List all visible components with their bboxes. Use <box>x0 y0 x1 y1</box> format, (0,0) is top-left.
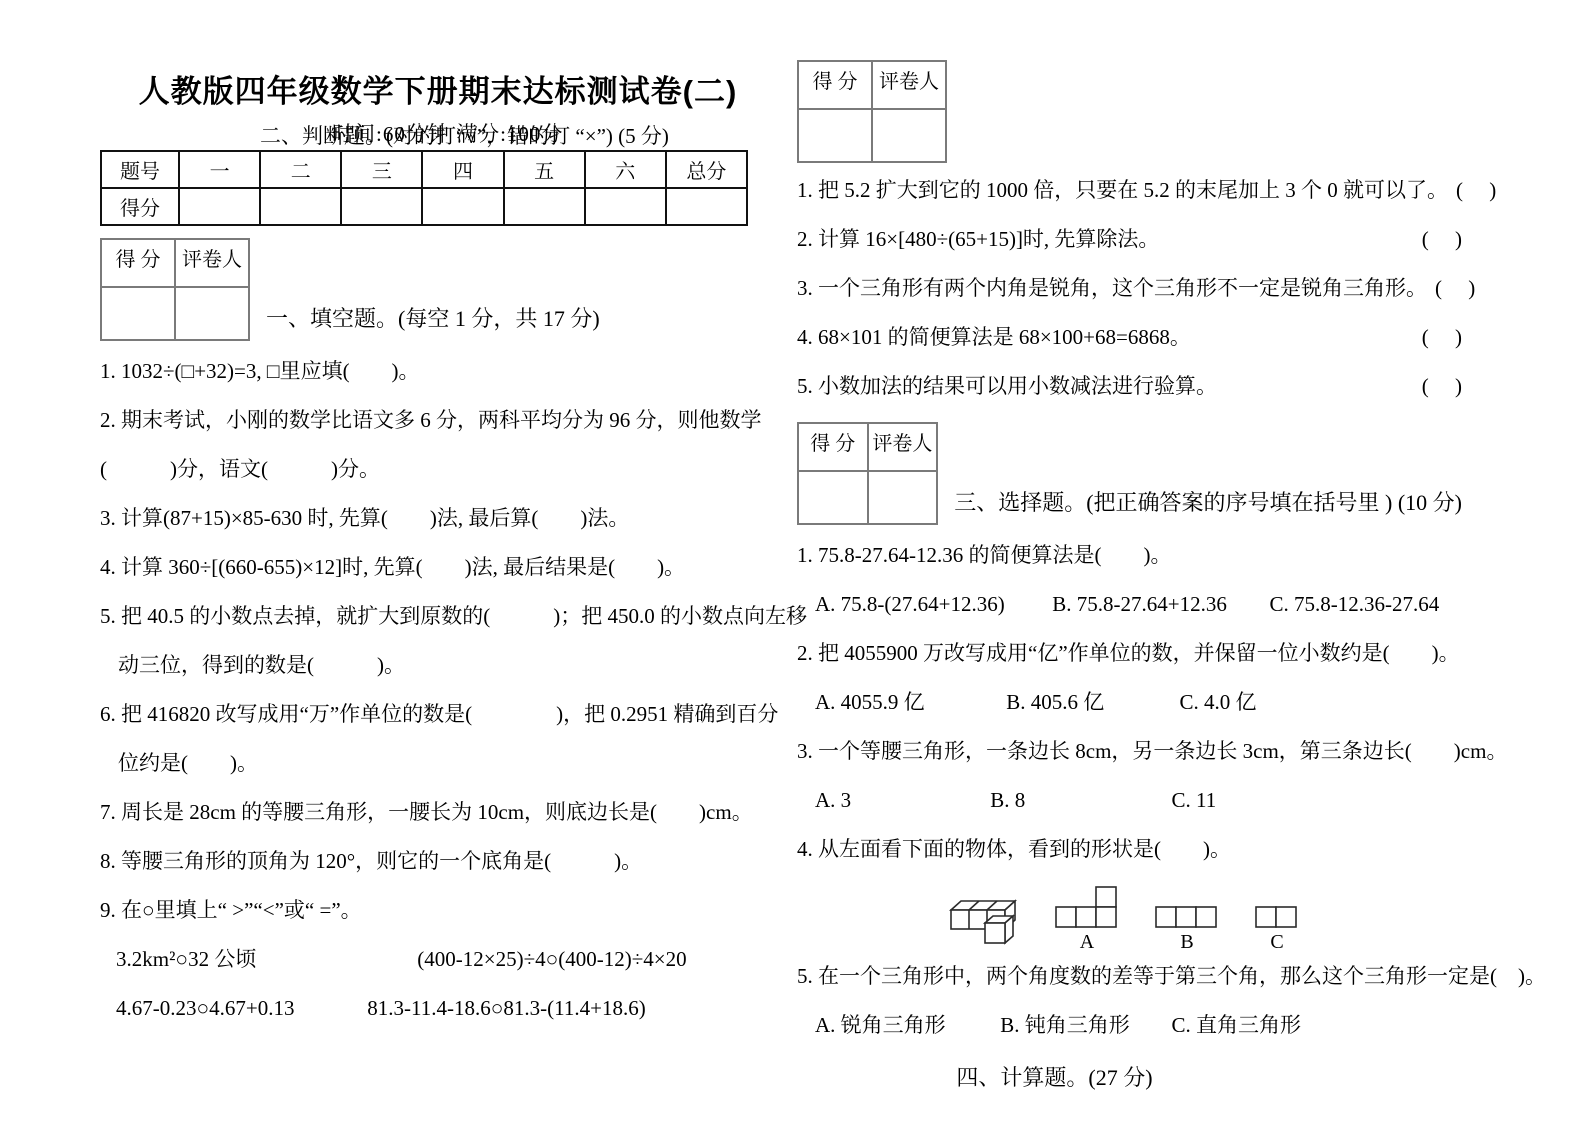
shape-b-icon <box>1155 905 1219 929</box>
score-grader-box: 得 分 评卷人 <box>797 60 947 163</box>
left-column: 人教版四年级数学下册期末达标测试卷(二) 二、判断题。(对的打“√”，错的打 “… <box>100 70 776 1044</box>
subtitle-overlap-line: 二、判断题。(对的打“√”，错的打 “×”) (5 分) 时间:60分钟 满分:… <box>100 116 776 148</box>
compare-expression: 3.2km²○32 公顷 <box>116 946 412 973</box>
score-summary-col: 一 <box>179 151 260 188</box>
fill-question-6-line1: 6. 把 416820 改写成用“万”作单位的数是( )，把 0.2951 精确… <box>100 701 776 728</box>
paper-title: 人教版四年级数学下册期末达标测试卷(二) <box>100 70 776 114</box>
choice-question-5-stem: 5. 在一个三角形中，两个角度数的差等于第三个角，那么这个三角形一定是( )。 <box>797 963 1462 990</box>
grader-box-blank <box>175 287 249 340</box>
fill-question-1: 1. 1032÷(□+32)=3, □里应填( )。 <box>100 358 776 385</box>
answer-bracket: ( ) <box>1456 177 1496 204</box>
grader-box-blank <box>868 471 938 524</box>
score-cell-empty <box>341 188 422 225</box>
score-cell-empty <box>260 188 341 225</box>
score-grader-box: 得 分 评卷人 <box>797 422 938 525</box>
score-cell-empty <box>422 188 503 225</box>
option-c: C. 75.8-12.36-27.64 <box>1270 591 1440 618</box>
option-c: C. 4.0 亿 <box>1180 689 1257 716</box>
judge-item-1: 1. 把 5.2 扩大到它的 1000 倍，只要在 5.2 的末尾加上 3 个 … <box>797 177 1462 204</box>
figure-label-a: A <box>1080 931 1094 953</box>
score-box-label: 得 分 <box>798 423 868 471</box>
score-box-blank <box>101 287 175 340</box>
choice-question-1-options: A. 75.8-(27.64+12.36) B. 75.8-27.64+12.3… <box>797 591 1462 618</box>
fill-question-6-line2: 位约是( )。 <box>100 750 776 777</box>
right-column: 得 分 评卷人 1. 把 5.2 扩大到它的 1000 倍，只要在 5.2 的末… <box>797 60 1462 1092</box>
fill-question-9: 9. 在○里填上“ >”“<”或“ =”。 <box>100 897 776 924</box>
compare-row-2: 4.67-0.23○4.67+0.13 81.3-11.4-18.6○81.3-… <box>100 995 776 1022</box>
cube-stack-icon <box>949 897 1019 947</box>
shape-c-icon <box>1255 905 1299 929</box>
score-summary-col: 总分 <box>666 151 747 188</box>
answer-bracket: ( ) <box>1435 275 1475 302</box>
option-a: A. 3 <box>815 787 985 814</box>
option-a: A. 4055.9 亿 <box>815 689 1001 716</box>
calc-section-heading: 四、计算题。(27 分) <box>797 1061 1462 1092</box>
score-cell-empty <box>585 188 666 225</box>
score-summary-col: 五 <box>504 151 585 188</box>
judge-item-text: 2. 计算 16×[480÷(65+15)]时, 先算除法。 <box>797 226 1159 253</box>
fill-question-2-line1: 2. 期末考试，小刚的数学比语文多 6 分，两科平均分为 96 分，则他数学 <box>100 407 776 434</box>
choice-question-4-stem: 4. 从左面看下面的物体，看到的形状是( )。 <box>797 836 1462 863</box>
fill-section-heading: 一、填空题。(每空 1 分，共 17 分) <box>266 302 600 333</box>
view-option-b-figure: B <box>1155 905 1219 953</box>
answer-bracket: ( ) <box>1422 226 1462 253</box>
judge-item-text: 4. 68×101 的简便算法是 68×100+68=6868。 <box>797 324 1191 351</box>
choice-question-3-options: A. 3 B. 8 C. 11 <box>797 787 1462 814</box>
judge-item-3: 3. 一个三角形有两个内角是锐角，这个三角形不一定是锐角三角形。 ( ) <box>797 275 1462 302</box>
fill-question-7: 7. 周长是 28cm 的等腰三角形，一腰长为 10cm，则底边长是( )cm。 <box>100 799 776 826</box>
choice-section-header-row: 得 分 评卷人 三、选择题。(把正确答案的序号填在括号里 ) (10 分) <box>797 422 1462 525</box>
score-summary-score-row: 得分 <box>101 188 747 225</box>
option-b: B. 405.6 亿 <box>1006 689 1174 716</box>
grader-box-label: 评卷人 <box>868 423 938 471</box>
fill-question-5-line2: 动三位，得到的数是( )。 <box>100 652 776 679</box>
score-grader-box: 得 分 评卷人 <box>100 238 250 341</box>
score-cell-empty <box>179 188 260 225</box>
score-box-blank <box>798 471 868 524</box>
score-cell-empty <box>504 188 585 225</box>
score-box-label: 得 分 <box>798 61 872 109</box>
fill-question-2-line2: ( )分，语文( )分。 <box>100 456 776 483</box>
judge-item-4: 4. 68×101 的简便算法是 68×100+68=6868。 ( ) <box>797 324 1462 351</box>
compare-expression: 4.67-0.23○4.67+0.13 <box>116 995 362 1022</box>
option-a: A. 75.8-(27.64+12.36) <box>815 591 1047 618</box>
fill-question-8: 8. 等腰三角形的顶角为 120°，则它的一个底角是( )。 <box>100 848 776 875</box>
compare-row-1: 3.2km²○32 公顷 (400-12×25)÷4○(400-12)÷4×20 <box>100 946 776 973</box>
choice-question-2-options: A. 4055.9 亿 B. 405.6 亿 C. 4.0 亿 <box>797 689 1462 716</box>
score-summary-col: 二 <box>260 151 341 188</box>
view-option-a-figure: A <box>1055 885 1119 953</box>
judge-item-5: 5. 小数加法的结果可以用小数减法进行验算。 ( ) <box>797 373 1462 400</box>
figure-label-c: C <box>1270 931 1283 953</box>
option-a: A. 锐角三角形 <box>815 1012 995 1039</box>
grader-box-label: 评卷人 <box>872 61 946 109</box>
choice-section-heading: 三、选择题。(把正确答案的序号填在括号里 ) (10 分) <box>954 486 1462 517</box>
score-summary-header-label: 题号 <box>101 151 179 188</box>
judge-item-text: 5. 小数加法的结果可以用小数减法进行验算。 <box>797 373 1217 400</box>
option-c: C. 直角三角形 <box>1172 1012 1302 1039</box>
test-paper-page: 人教版四年级数学下册期末达标测试卷(二) 二、判断题。(对的打“√”，错的打 “… <box>0 0 1587 1121</box>
figure-label-b: B <box>1180 931 1193 953</box>
option-b: B. 钝角三角形 <box>1000 1012 1166 1039</box>
shape-a-icon <box>1055 885 1119 929</box>
option-b: B. 75.8-27.64+12.36 <box>1052 591 1264 618</box>
answer-bracket: ( ) <box>1422 324 1462 351</box>
compare-expression: (400-12×25)÷4○(400-12)÷4×20 <box>417 946 686 973</box>
time-score-text: 时间:60分钟 满分:100分 <box>332 118 563 148</box>
choice-question-4-figures: A B C <box>949 885 1462 953</box>
score-summary-col: 三 <box>341 151 422 188</box>
fill-section-header-row: 得 分 评卷人 一、填空题。(每空 1 分，共 17 分) <box>100 238 776 341</box>
option-c: C. 11 <box>1172 787 1217 814</box>
judge-item-text: 1. 把 5.2 扩大到它的 1000 倍，只要在 5.2 的末尾加上 3 个 … <box>797 177 1448 204</box>
score-box-label: 得 分 <box>101 239 175 287</box>
score-summary-col: 六 <box>585 151 666 188</box>
score-summary-header-row: 题号 一 二 三 四 五 六 总分 <box>101 151 747 188</box>
choice-question-1-stem: 1. 75.8-27.64-12.36 的简便算法是( )。 <box>797 542 1462 569</box>
choice-question-3-stem: 3. 一个等腰三角形，一条边长 8cm，另一条边长 3cm，第三条边长( )cm… <box>797 738 1462 765</box>
score-summary-table: 题号 一 二 三 四 五 六 总分 得分 <box>100 150 748 226</box>
choice-question-5-options: A. 锐角三角形 B. 钝角三角形 C. 直角三角形 <box>797 1012 1462 1039</box>
option-b: B. 8 <box>990 787 1166 814</box>
compare-expression: 81.3-11.4-18.6○81.3-(11.4+18.6) <box>367 995 645 1022</box>
judge-item-text: 3. 一个三角形有两个内角是锐角，这个三角形不一定是锐角三角形。 <box>797 275 1427 302</box>
score-cell-empty <box>666 188 747 225</box>
score-summary-row-label: 得分 <box>101 188 179 225</box>
fill-question-3: 3. 计算(87+15)×85-630 时, 先算( )法, 最后算( )法。 <box>100 505 776 532</box>
fill-question-4: 4. 计算 360÷[(660-655)×12]时, 先算( )法, 最后结果是… <box>100 554 776 581</box>
view-option-c-figure: C <box>1255 905 1299 953</box>
judge-item-2: 2. 计算 16×[480÷(65+15)]时, 先算除法。 ( ) <box>797 226 1462 253</box>
choice-question-2-stem: 2. 把 4055900 万改写成用“亿”作单位的数，并保留一位小数约是( )。 <box>797 640 1462 667</box>
score-summary-col: 四 <box>422 151 503 188</box>
cube-stack-figure <box>949 897 1019 947</box>
grader-box-blank <box>872 109 946 162</box>
score-box-blank <box>798 109 872 162</box>
answer-bracket: ( ) <box>1422 373 1462 400</box>
grader-box-label: 评卷人 <box>175 239 249 287</box>
fill-question-5-line1: 5. 把 40.5 的小数点去掉，就扩大到原数的( )；把 450.0 的小数点… <box>100 603 776 630</box>
